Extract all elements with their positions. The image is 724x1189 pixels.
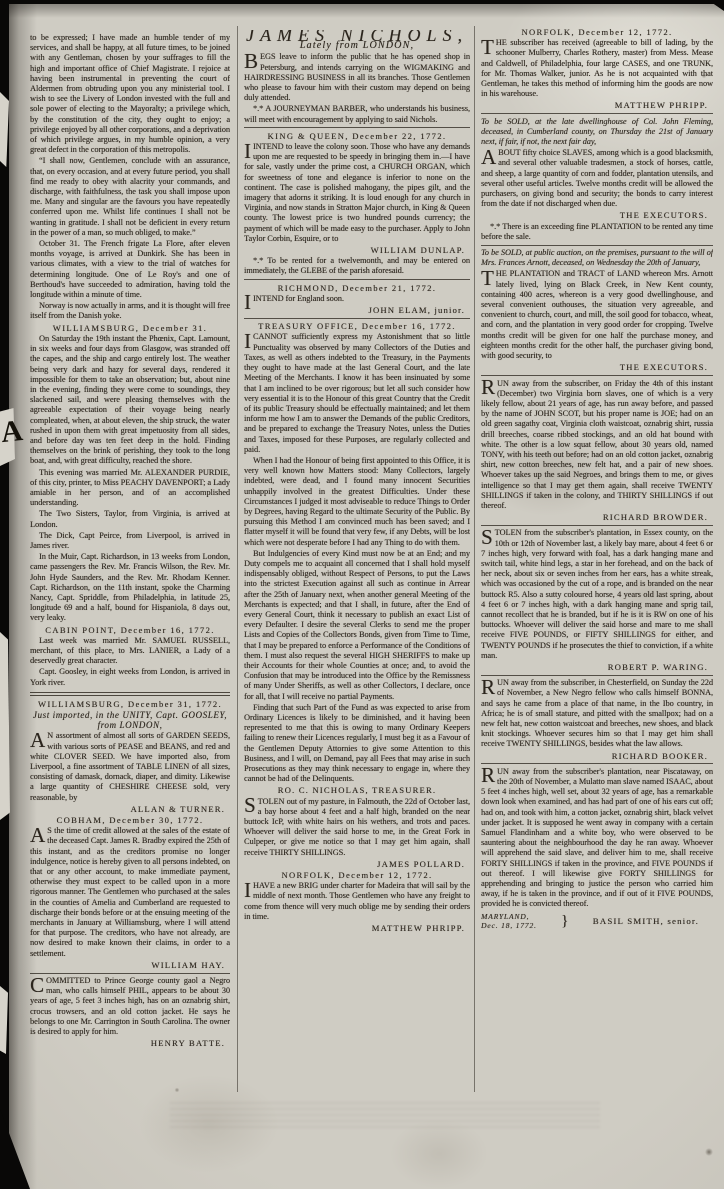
signature: RICHARD BROWDER.	[481, 512, 713, 522]
column-rule	[237, 26, 238, 1092]
dateline: WILLIAMSBURG, December 31.	[30, 323, 230, 333]
signature: MATTHEW PHRIPP.	[244, 923, 470, 933]
dateline: COBHAM, December 30, 1772.	[30, 815, 230, 825]
dateline: NORFOLK, December 12, 1772.	[481, 27, 713, 37]
date-label: Dec. 18, 1772.	[481, 921, 537, 930]
advert-paragraph: STOLEN from the subscriber's plantation,…	[481, 528, 713, 661]
signature: RICHARD BOOKER.	[481, 751, 713, 761]
dateline: TREASURY OFFICE, December 16, 1772.	[244, 321, 470, 331]
brace-glyph: }	[561, 916, 568, 926]
advert-heading: To be SOLD, at public auction, on the pr…	[481, 248, 713, 268]
article-paragraph: Norway is now actually in arms, and it i…	[30, 301, 230, 321]
advert-paragraph: *.* There is an exceeding fine PLANTATIO…	[481, 222, 713, 242]
column-center: JAMES NICHOLS, Lately from LONDON, BEGS …	[244, 30, 470, 1165]
signature: WILLIAM DUNLAP.	[244, 245, 470, 255]
column-rule	[474, 26, 475, 1092]
signature: WILLIAM HAY.	[30, 960, 230, 970]
signature: ROBERT P. WARING.	[481, 662, 713, 672]
section-rule	[244, 279, 470, 280]
advert-paragraph: STOLEN out of my pasture, in Falmouth, t…	[244, 797, 470, 858]
advert-paragraph: THE PLANTATION and TRACT of LAND whereon…	[481, 269, 713, 361]
section-rule	[481, 375, 713, 376]
signature: MATTHEW PHRIPP.	[481, 100, 713, 110]
advert-paragraph: *.* To be rented for a twelvemonth, and …	[244, 256, 470, 276]
section-rule	[481, 525, 713, 526]
newspaper-page-scan: { "colors": { "paper": "#cfccc3", "ink":…	[0, 0, 724, 1189]
notice-paragraph: But Indulgencies of every Kind must now …	[244, 549, 470, 702]
advert-paragraph: *.* A JOURNEYMAN BARBER, who understands…	[244, 104, 470, 124]
dateline: NORFOLK, December 12, 1772.	[244, 870, 470, 880]
advert-paragraph: I HAVE a new BRIG under charter for Made…	[244, 881, 470, 922]
section-rule	[481, 763, 713, 764]
margin-mark: A	[0, 416, 24, 448]
dateline: KING & QUEEN, December 22, 1772.	[244, 131, 470, 141]
signature: RO. C. NICHOLAS, TREASURER.	[244, 785, 470, 795]
place-date: MARYLAND, Dec. 18, 1772.	[481, 912, 537, 930]
dateline: WILLIAMSBURG, December 31, 1772.	[30, 699, 230, 709]
advert-paragraph: AS the time of credit allowed at the sal…	[30, 826, 230, 959]
advert-paragraph: AN assortment of almost all sorts of GAR…	[30, 731, 230, 802]
signature: THE EXECUTORS.	[481, 210, 713, 220]
notice-paragraph: When I had the Honour of being first app…	[244, 456, 470, 548]
advert-paragraph: ABOUT fifty choice SLAVES, among which i…	[481, 148, 713, 209]
column-left: to be expressed; I have made an humble t…	[30, 33, 230, 1163]
place-label: MARYLAND,	[481, 912, 537, 921]
section-rule	[30, 973, 230, 974]
article-paragraph: In the Muir, Capt. Richardson, in 13 wee…	[30, 552, 230, 623]
advert-paragraph: I INTEND to leave the colony soon. Those…	[244, 142, 470, 244]
dateline: RICHMOND, December 21, 1772.	[244, 283, 470, 293]
article-paragraph: On Saturday the 19th instant the Phœnix,…	[30, 334, 230, 467]
advert-paragraph: COMMITTED to Prince George county gaol a…	[30, 976, 230, 1037]
signature: ALLAN & TURNER.	[30, 804, 230, 814]
advert-paragraph: I INTEND for England soon.	[244, 294, 470, 304]
advert-heading: To be SOLD, at the late dwellinghouse of…	[481, 117, 713, 148]
section-rule	[481, 245, 713, 246]
signature: THE EXECUTORS.	[481, 362, 713, 372]
dateline: CABIN POINT, December 16, 1772.	[30, 625, 230, 635]
article-paragraph: The Dick, Capt Peirce, from Liverpool, i…	[30, 531, 230, 551]
signature: BASIL SMITH, senior.	[593, 916, 713, 926]
advert-paragraph: RUN away from the subscriber, in Chester…	[481, 678, 713, 749]
section-rule	[244, 318, 470, 319]
advert-heading: Just imported, in the UNITY, Capt. GOOSL…	[30, 710, 230, 730]
signature: JOHN ELAM, junior.	[244, 305, 470, 315]
article-paragraph: The Two Sisters, Taylor, from Virginia, …	[30, 509, 230, 529]
paper-fragment	[0, 92, 9, 167]
article-paragraph: This evening was married Mr. ALEXANDER P…	[30, 468, 230, 509]
signature-row: MARYLAND, Dec. 18, 1772. } BASIL SMITH, …	[481, 912, 713, 930]
section-rule	[481, 675, 713, 676]
notice-paragraph: Finding that such Part of the Fund as wa…	[244, 703, 470, 785]
signature: JAMES POLLARD.	[244, 859, 470, 869]
advert-paragraph: RUN away from the subscriber, on Friday …	[481, 379, 713, 512]
advert-paragraph: RUN away from the subscriber's plantatio…	[481, 767, 713, 910]
article-paragraph: to be expressed; I have made an humble t…	[30, 33, 230, 155]
section-rule	[481, 113, 713, 114]
advert-paragraph: BEGS leave to inform the public that he …	[244, 52, 470, 103]
article-paragraph: Capt. Goosley, in eight weeks from Londo…	[30, 667, 230, 687]
column-right: NORFOLK, December 12, 1772. THE subscrib…	[481, 27, 713, 1167]
article-paragraph: Last week was married Mr. SAMUEL RUSSELL…	[30, 636, 230, 667]
advert-paragraph: THE subscriber has received (agreeable t…	[481, 38, 713, 99]
section-rule	[244, 127, 470, 128]
notice-paragraph: I CANNOT sufficiently express my Astonis…	[244, 332, 470, 454]
advert-title: JAMES NICHOLS,	[244, 30, 470, 40]
article-paragraph: October 31. The French frigate La Flore,…	[30, 239, 230, 300]
section-rule	[30, 692, 230, 696]
signature: HENRY BATTE.	[30, 1038, 230, 1048]
paper-fragment	[0, 986, 8, 1054]
article-paragraph: “I shall now, Gentlemen, conclude with a…	[30, 156, 230, 238]
